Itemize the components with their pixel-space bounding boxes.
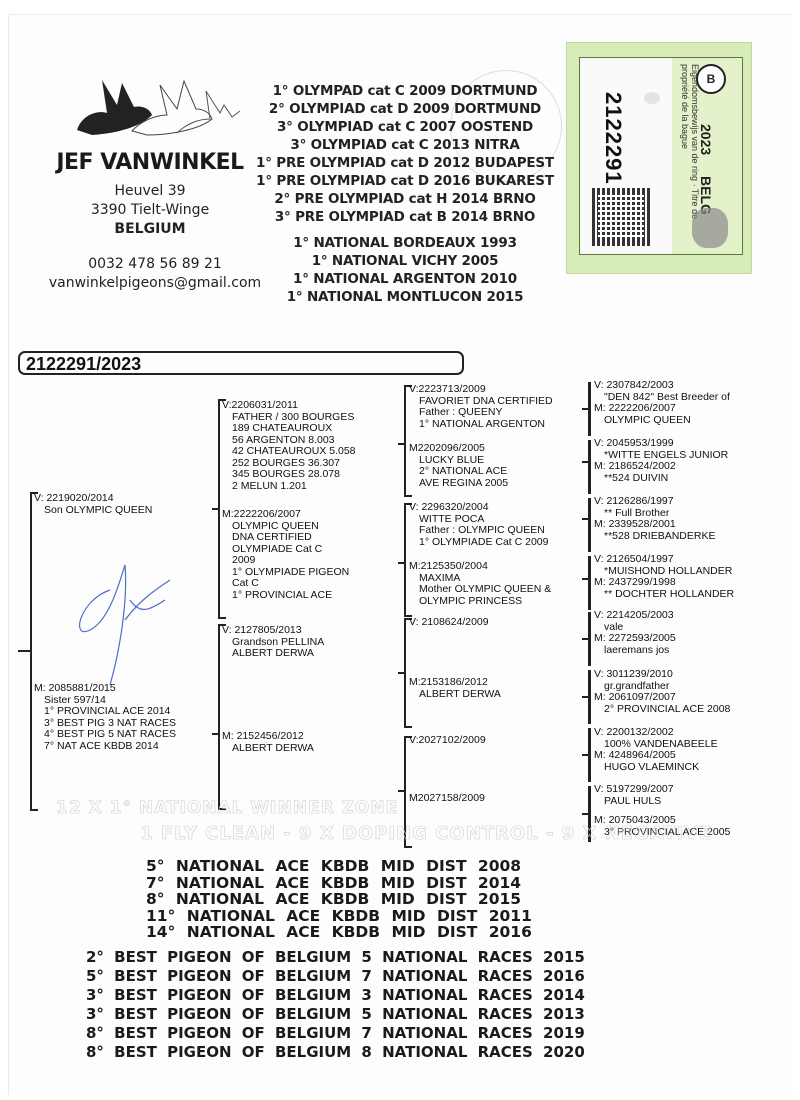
ring-number: 2122291 [600,92,626,185]
gen4-pair: V: 2126504/1997 *MUISHOND HOLLANDER M: 2… [594,554,734,600]
gen3-entry: M:2125350/2004 MAXIMA Mother OLYMPIC QUE… [409,561,551,607]
sire-line: Son OLYMPIC QUEEN [34,505,152,517]
gen3-entry: V: 2296320/2004 WITTE POCA Father : OLYM… [409,502,548,548]
gen4-pair: V: 2200132/2002 100% VANDENABEELE M: 424… [594,727,718,773]
best-pigeon-results: 2° BEST PIGEON OF BELGIUM 5 NATIONAL RAC… [86,948,585,1062]
sire-entry: V: 2219020/2014 Son OLYMPIC QUEEN [34,493,152,516]
gen4-pair: V: 2126286/1997 ** Full Brother M: 23395… [594,496,715,542]
gen3-entry: V:2027102/2009 [409,735,486,747]
header-achievements: 1° OLYMPAD cat C 2009 DORTMUND 2° OLYMPI… [250,82,560,306]
breeder-email[interactable]: vanwinkelpigeons@gmail.com [40,275,270,291]
breeder-street: Heuvel 39 [50,183,250,199]
gen3-entry: V: 2108624/2009 [409,617,489,629]
best-pigeon-line: 5° BEST PIGEON OF BELGIUM 7 NATIONAL RAC… [86,967,585,986]
gen3-entry: M2202096/2005 LUCKY BLUE 2° NATIONAL ACE… [409,443,508,489]
dam-id: M: 2085881/2015 [34,683,176,695]
watermark-line-2: 1 FLY CLEAN - 9 X DOPING CONTROL - 9 X N… [140,823,713,844]
gen4-pair: V: 3011239/2010 gr.grandfather M: 206109… [594,669,730,715]
achievement-line: 1° OLYMPAD cat C 2009 DORTMUND [250,82,560,100]
pedigree-title-box: 2122291/2023 [18,351,464,375]
best-pigeon-line: 3° BEST PIGEON OF BELGIUM 3 NATIONAL RAC… [86,986,585,1005]
breeder-country: BELGIUM [50,221,250,237]
achievement-line: 3° PRE OLYMPIAD cat B 2014 BRNO [250,208,560,226]
watermark-line-1: 12 X 1° NATIONAL WINNER ZONE [56,798,398,818]
achievement-line: 1° PRE OLYMPIAD cat D 2016 BUKAREST [250,172,560,190]
kbdb-badge-icon: B [696,64,726,94]
punch-hole [644,92,660,104]
emblem-icon [692,208,728,248]
ace-results: 5° NATIONAL ACE KBDB MID DIST 2008 7° NA… [146,858,532,941]
gen3-entry: M:2153186/2012 ALBERT DERWA [409,677,501,700]
gen2-entry: M: 2152456/2012 ALBERT DERWA [222,731,314,754]
best-pigeon-line: 3° BEST PIGEON OF BELGIUM 5 NATIONAL RAC… [86,1005,585,1024]
national-line: 1° NATIONAL MONTLUCON 2015 [250,288,560,306]
breeder-city: 3390 Tielt-Winge [50,202,250,218]
best-pigeon-line: 8° BEST PIGEON OF BELGIUM 7 NATIONAL RAC… [86,1024,585,1043]
gen2-entry: V:2206031/2011 FATHER / 300 BOURGES 189 … [222,400,356,492]
national-line: 1° NATIONAL VICHY 2005 [250,252,560,270]
pedigree-title: 2122291/2023 [26,354,141,375]
achievement-line: 3° OLYMPIAD cat C 2013 NITRA [250,136,560,154]
breeder-phone: 0032 478 56 89 21 [40,256,270,272]
ace-result-line: 11° NATIONAL ACE KBDB MID DIST 2011 [146,908,532,925]
qr-code-icon [592,188,650,246]
national-line: 1° NATIONAL BORDEAUX 1993 [250,234,560,252]
ace-result-line: 5° NATIONAL ACE KBDB MID DIST 2008 [146,858,532,875]
gen4-pair: V: 2214205/2003 vale M: 2272593/2005 lae… [594,610,676,656]
signature-icon [70,560,180,690]
ring-ownership-card: 2122291 Eigendomsbewijs van de ring · Ti… [566,42,752,274]
doves-logo-icon [72,75,242,145]
best-pigeon-line: 8° BEST PIGEON OF BELGIUM 8 NATIONAL RAC… [86,1043,585,1062]
achievement-line: 2° PRE OLYMPIAD cat H 2014 BRNO [250,190,560,208]
sire-id: V: 2219020/2014 [34,493,152,505]
achievement-line: 2° OLYMPIAD cat D 2009 DORTMUND [250,100,560,118]
ace-result-line: 14° NATIONAL ACE KBDB MID DIST 2016 [146,924,532,941]
gen4-pair: V: 2045953/1999 *WITTE ENGELS JUNIOR M: … [594,438,728,484]
achievement-line: 3° OLYMPIAD cat C 2007 OOSTEND [250,118,560,136]
breeder-name: JEF VANWINKEL [50,150,250,175]
best-pigeon-line: 2° BEST PIGEON OF BELGIUM 5 NATIONAL RAC… [86,948,585,967]
gen3-entry: V:2223713/2009 FAVORIET DNA CERTIFIED Fa… [409,384,553,430]
ring-year: 2023 [698,124,714,155]
dam-entry: M: 2085881/2015 Sister 597/14 1° PROVINC… [34,683,176,752]
ace-result-line: 7° NATIONAL ACE KBDB MID DIST 2014 [146,875,532,892]
gen2-entry: M:2222206/2007 OLYMPIC QUEEN DNA CERTIFI… [222,509,349,601]
gen4-pair: V: 2307842/2003 "DEN 842" Best Breeder o… [594,380,730,426]
ace-result-line: 8° NATIONAL ACE KBDB MID DIST 2015 [146,891,532,908]
national-line: 1° NATIONAL ARGENTON 2010 [250,270,560,288]
gen3-entry: M2027158/2009 [409,793,485,805]
achievement-line: 1° PRE OLYMPIAD cat D 2012 BUDAPEST [250,154,560,172]
gen2-entry: V: 2127805/2013 Grandson PELLINA ALBERT … [222,625,324,660]
